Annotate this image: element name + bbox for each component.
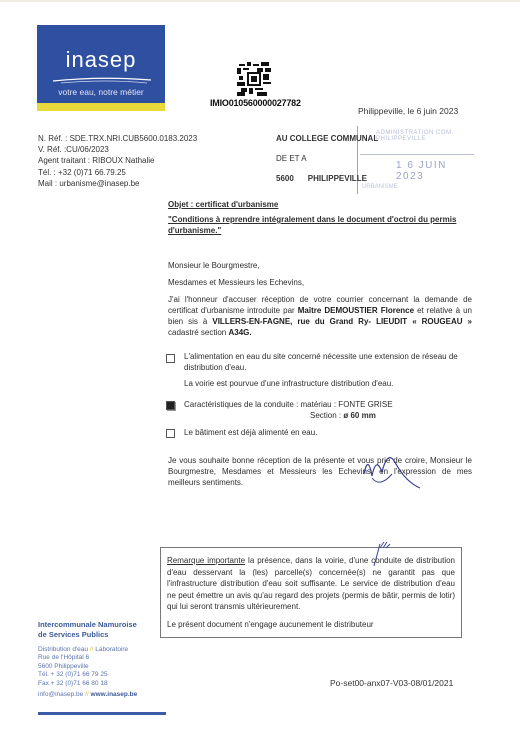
stamp-date: 1 6 JUIN 2023 xyxy=(396,160,474,182)
separator: // xyxy=(90,646,94,653)
web-contacts: info@inasep.be // www.inasep.be xyxy=(38,691,137,699)
initials-mark xyxy=(364,538,394,568)
org-email[interactable]: info@inasep.be xyxy=(38,691,83,698)
page-edge xyxy=(0,0,520,2)
intro-text-3: cadastré section xyxy=(168,328,228,337)
option-network-present: La voirie est pourvue d'une infrastructu… xyxy=(184,378,472,389)
option-pipe-characteristics: Caractéristiques de la conduite : matéri… xyxy=(166,399,472,421)
conditions-notice: "Conditions à reprendre intégralement da… xyxy=(168,214,472,236)
service-lab: Laboratoire xyxy=(95,646,128,653)
qr-code-icon xyxy=(237,62,271,96)
sender-references: N. Réf. : SDE.TRX.NRI.CUB5600.0183.2023 … xyxy=(38,133,197,189)
your-reference: V. Réf. :CU/06/2023 xyxy=(38,144,197,155)
recipient-postcode: 5600 xyxy=(276,174,294,183)
stamp-header: ADMINISTRATION COM. PHILIPPEVILLE xyxy=(376,130,474,142)
pipe-section-value: ø 60 mm xyxy=(343,411,375,420)
option-extension: L'alimentation en eau du site concerné n… xyxy=(166,351,472,373)
notary-name: Maître DEMOUSTIER Florence xyxy=(298,306,414,315)
remark-label: Remarque importante xyxy=(167,556,245,565)
pipe-section-label: Section : xyxy=(310,411,343,420)
organisation-contact: Distribution d'eau // Laboratoire Rue de… xyxy=(38,646,137,699)
logo-wordmark: inasep xyxy=(37,47,165,73)
recipient-line-1: AU COLLEGE COMMUNAL xyxy=(276,133,381,153)
street-address: Rue de l'Hôpital 6 xyxy=(38,654,137,662)
property-address: VILLERS-EN-FAGNE, rue du Grand Ry- LIEUD… xyxy=(212,317,472,326)
inasep-logo: inasep votre eau, notre métier xyxy=(37,25,165,111)
footer-bar xyxy=(38,712,166,715)
services: Distribution d'eau // Laboratoire xyxy=(38,646,137,654)
document-reference: Po-set00-anx07-V03-08/01/2021 xyxy=(330,678,453,688)
checkbox-extension[interactable] xyxy=(166,354,175,363)
pipe-material: Caractéristiques de la conduite : matéri… xyxy=(184,399,472,410)
salutation-aldermen: Mesdames et Messieurs les Echevins, xyxy=(168,277,472,288)
org-fax: Fax + 32 (0)71 66 80 18 xyxy=(38,680,137,688)
checkbox-already-supplied[interactable] xyxy=(166,429,175,438)
salutation-mayor: Monsieur le Bourgmestre, xyxy=(168,260,472,271)
our-reference: N. Réf. : SDE.TRX.NRI.CUB5600.0183.2023 xyxy=(38,133,197,144)
org-line-1: Intercommunale Namuroise xyxy=(38,620,137,630)
checkbox-pipe-characteristics[interactable] xyxy=(166,401,175,410)
city-address: 5600 Philippeville xyxy=(38,663,137,671)
recipient-line-2: DE ET A xyxy=(276,153,381,173)
service-water: Distribution d'eau xyxy=(38,646,88,653)
place-date: Philippeville, le 6 juin 2023 xyxy=(358,106,458,116)
subject-line: Objet : certificat d'urbanisme xyxy=(168,199,472,210)
org-phone: Tél. + 32 (0)71 66 79 25 xyxy=(38,671,137,679)
logo-tagline: votre eau, notre métier xyxy=(37,87,165,97)
water-swoosh-icon xyxy=(51,75,153,85)
organisation-name: Intercommunale Namuroise de Services Pub… xyxy=(38,620,137,640)
agent-phone: Tél. : +32 (0)71 66.79.25 xyxy=(38,167,197,178)
org-line-2: de Services Publics xyxy=(38,630,137,640)
pipe-section: Section : ø 60 mm xyxy=(310,410,472,421)
remark-disclaimer: Le présent document n'engage aucunement … xyxy=(167,619,455,631)
option-already-supplied-label: Le bâtiment est déjà alimenté en eau. xyxy=(184,427,472,438)
intro-paragraph: J'ai l'honneur d'accuser réception de vo… xyxy=(168,294,472,338)
option-extension-label: L'alimentation en eau du site concerné n… xyxy=(184,351,472,373)
org-website[interactable]: www.inasep.be xyxy=(91,691,138,698)
recipient-city-line: 5600PHILIPPEVILLE xyxy=(276,173,381,193)
signature-mark xyxy=(358,444,428,492)
important-remark-box: Remarque importante la présence, dans la… xyxy=(160,547,462,638)
option-already-supplied: Le bâtiment est déjà alimenté en eau. xyxy=(166,427,472,438)
agent-name: Agent traitant : RIBOUX Nathalie xyxy=(38,155,197,166)
separator: // xyxy=(85,691,89,698)
agent-email: Mail : urbanisme@inasep.be xyxy=(38,178,197,189)
remark-paragraph: Remarque importante la présence, dans la… xyxy=(167,555,455,613)
recipient-address: AU COLLEGE COMMUNAL DE ET A 5600PHILIPPE… xyxy=(276,133,381,193)
recipient-city: PHILIPPEVILLE xyxy=(308,174,367,183)
document-id: IMIO010560000027782 xyxy=(210,98,301,108)
cadastral-parcel: A34G. xyxy=(228,328,251,337)
